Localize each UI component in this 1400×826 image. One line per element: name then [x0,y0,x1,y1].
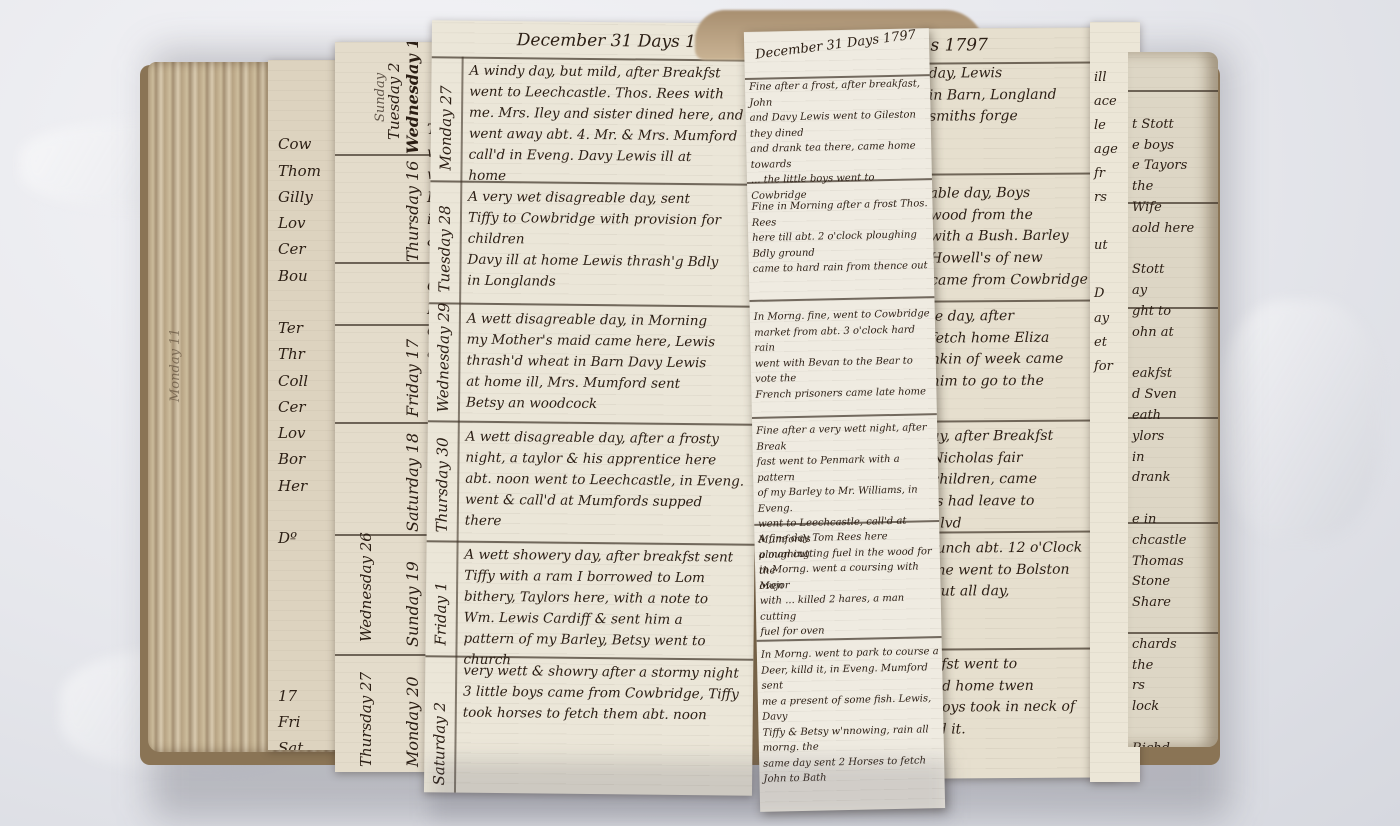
day-label: Thursday 27 [357,672,375,767]
right-page: s 1797 day, Lewis in Barn, Longland smit… [922,27,1117,778]
diary-entry: A very wet disagreable day, sent Tiffy t… [467,187,758,295]
page-shadow [430,760,950,820]
diary-entry: A windy day, but mild, after Breakfst we… [468,61,759,190]
edge-label: Monday 11 [168,328,183,402]
day-label: Wednesday 15 [403,42,422,154]
diary-entry: A wett showery day, after breakfst sent … [463,545,754,674]
main-left-page: December 31 Days 1797 Monday 27 Tuesday … [424,20,760,795]
diary-entry: kfst went to nd home twen boys took in n… [933,654,1076,742]
day-label: Saturday 18 [403,433,422,532]
diary-entry: able day, Boys wood from the with a Bush… [929,183,1087,293]
diary-entry: ay, after Breakfst Nicholas fair childre… [931,426,1054,535]
far-right-page: t Stotte boyse TayorstheWifeaold hereSto… [1128,52,1218,747]
day-label: Thursday 30 [433,437,452,532]
page-fragments: CowThomGillyLovCerBouTerThrCollCerLovBor… [278,105,321,750]
fold-out-page: December 31 Days 1797 Fine after a frost… [744,28,945,812]
day-label: Wednesday 26 [357,532,375,642]
day-label: Friday 1 [432,582,451,646]
diary-entry: A wett disagreable day, in Morning my Mo… [466,309,757,417]
diary-entry: A fine day Tom Rees here ploughing in Mo… [758,528,940,640]
day-label: Tuesday 28 [435,205,454,292]
day-label: Sunday 19 [403,561,422,647]
diary-entry: Fine after a frost, after breakfast, Joh… [749,76,932,204]
diary-entry: A wett disagreable day, after a frosty n… [465,427,756,535]
diary-entry: le day, after fetch home Eliza nkin of w… [930,306,1063,394]
day-label: Tuesday 2 [385,62,403,140]
page-fragments: t Stotte boyse TayorstheWifeaold hereSto… [1132,94,1194,747]
cloth-fold [1220,300,1380,540]
day-label: Wednesday 29 [434,303,453,413]
day-label: Friday 17 [403,339,422,417]
day-label: Monday 20 [403,676,422,767]
diary-entry: Fine in Morning after a frost Thos. Rees… [751,196,933,277]
day-label: Thursday 16 [403,161,422,262]
page-header: December 31 Days 1797 [754,28,917,66]
diary-entry: day, Lewis in Barn, Longland smiths forg… [929,63,1057,129]
page-header: s 1797 [930,32,988,59]
diary-entry: lunch abt. 12 o'Clock me went to Bolston… [932,538,1083,604]
day-label: Monday 27 [436,85,455,170]
diary-entry: very wett & showry after a stormy night … [463,661,754,727]
diary-entry: In Morng. fine, went to Cowbridge market… [754,306,936,403]
page-fragments: illaceleagefrrsutDayetfor [1094,42,1118,379]
